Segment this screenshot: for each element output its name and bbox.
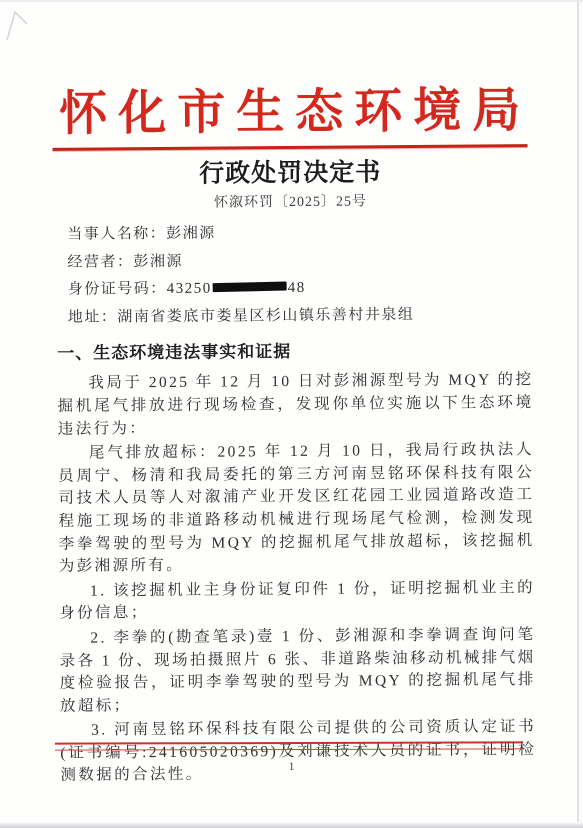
agency-title: 怀化市生态环境局 [0,86,581,141]
scanned-document-page: 怀化市生态环境局 行政处罚决定书 怀溆环罚〔2025〕25号 当事人名称：彭湘源… [0,0,583,828]
address-value: 湖南省娄底市娄星区杉山镇乐善村井泉组 [117,307,414,325]
header-divider-line [53,145,528,152]
party-info-block: 当事人名称：彭湘源 经营者：彭湘源 身份证号码：4325048 地址：湖南省娄底… [67,218,583,332]
document-header: 怀化市生态环境局 行政处罚决定书 怀溆环罚〔2025〕25号 [0,86,582,214]
scan-edge-right [577,2,579,828]
address-label: 地址： [68,309,118,325]
operator-row: 经营者：彭湘源 [67,246,582,278]
red-marker-strike-line [55,741,523,750]
party-name-label: 当事人名称： [67,226,166,243]
document-body: 我局于 2025 年 12 月 10 日对彭湘源型号为 MQY 的挖掘机尾气排放… [0,369,583,788]
section-heading-facts-and-evidence: 一、生态环境违法事实和证据 [57,335,583,364]
id-redaction-marker [213,282,287,293]
operator-label: 经营者： [67,254,133,271]
id-number-row: 身份证号码：4325048 [68,273,583,305]
page-number: 1 [0,759,583,774]
operator-value: 彭湘源 [133,254,183,270]
id-label: 身份证号码： [68,281,167,298]
address-row: 地址：湖南省娄底市娄星区杉山镇乐善村井泉组 [68,301,583,333]
scan-edge-bottom [0,822,583,828]
evidence-item-1: 1. 该挖掘机业主身份证复印件 1 份，证明挖掘机业主的身份信息； [59,577,535,626]
document-number: 怀溆环罚〔2025〕25号 [0,189,582,214]
party-name-value: 彭湘源 [166,226,216,242]
paragraph-violation-detail: 尾气排放超标：2025 年 12 月 10 日，我局行政执法人员周宁、杨清和我局… [58,439,535,578]
evidence-item-3: 3. 河南昱铭环保科技有限公司提供的公司资质认定证书(证书编号:24160502… [60,716,537,788]
id-suffix: 48 [288,280,306,296]
document-title: 行政处罚决定书 [0,156,582,191]
id-prefix: 43250 [167,281,212,297]
party-name-row: 当事人名称：彭湘源 [67,218,582,250]
paragraph-inspection: 我局于 2025 年 12 月 10 日对彭湘源型号为 MQY 的挖掘机尾气排放… [57,369,534,441]
evidence-item-2: 2. 李拳的(勘查笔录)壹 1 份、彭湘源和李拳调查询问笔录各 1 份、现场拍摄… [59,624,536,718]
